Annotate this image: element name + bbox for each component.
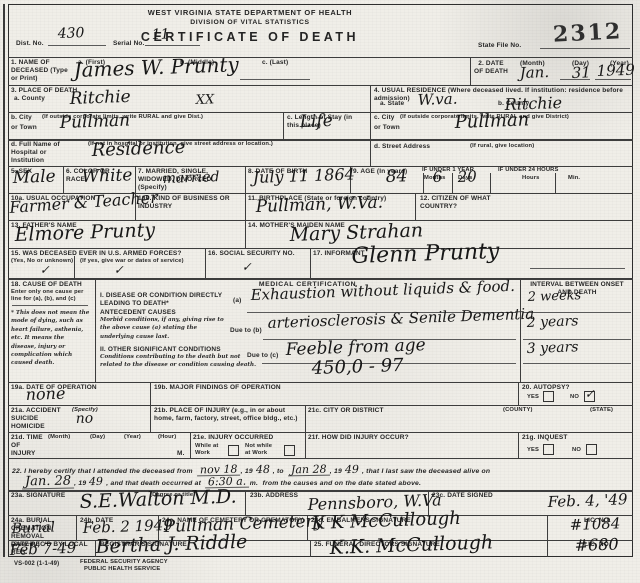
injury-not-while-label: Not while at Work: [245, 443, 279, 457]
ssn-label: 16. SOCIAL SECURITY NO.: [208, 250, 303, 258]
sex-value: Male: [12, 167, 56, 188]
injury-m-label: M.: [177, 450, 185, 458]
residence-state-label: a. State: [380, 100, 404, 108]
divider: [150, 382, 151, 432]
residence-city-value: Pullman: [454, 109, 529, 133]
armed-forces-check1: ✓: [40, 263, 51, 277]
institution-value: Residence: [91, 137, 185, 161]
age-years-value: 84: [385, 166, 407, 187]
street-label: d. Street Address: [374, 143, 430, 151]
institution-label: d. Full Name of Hospital or Institution: [11, 141, 81, 165]
certify-text: m.: [250, 480, 258, 487]
divider: [8, 405, 633, 406]
divider: [8, 248, 633, 249]
divider: [415, 193, 416, 220]
injury-county-label: (COUNTY): [503, 407, 533, 414]
citizen-label: 12. CITIZEN OF WHAT COUNTRY?: [420, 195, 510, 211]
inquest-yes-checkbox: [543, 444, 554, 455]
cause-c-interval-line: [523, 363, 631, 364]
marital-value: married: [162, 169, 219, 187]
operation-findings-label: 19b. MAJOR FINDINGS OF OPERATION: [154, 384, 281, 392]
informant-flourish: [530, 268, 625, 269]
injury-state-label: (STATE): [590, 407, 613, 414]
certify-alive-value: Jan. 28: [22, 475, 74, 490]
divider: [74, 256, 75, 278]
certify-text: , and that death occurred at: [106, 480, 201, 487]
injury-city-label: 21c. CITY OR DISTRICT: [308, 407, 384, 415]
death-year-line: [595, 79, 631, 80]
injury-place-label: 21b. PLACE OF INJURY (e.g., in or about …: [154, 407, 302, 423]
divider: [8, 382, 633, 383]
embalmer-lic-value: #1084: [569, 514, 620, 534]
injury-while-checkbox: [228, 445, 239, 456]
inquest-yes-label: YES: [527, 447, 539, 454]
place-city-prefix: b. City: [11, 114, 32, 122]
state-file-stamp: 2312: [552, 18, 623, 48]
ssn-check: ✓: [242, 260, 253, 274]
armed-forces-label: 15. WAS DECEASED EVER IN U.S. ARMED FORC…: [11, 250, 201, 258]
form-number: VS-002 (1-1-49): [14, 561, 59, 569]
divider: [555, 173, 556, 193]
dist-no-label: Dist. No.: [16, 40, 44, 48]
inquest-no-label: NO: [572, 447, 581, 454]
certify-text: from the causes and on the date stated a…: [263, 480, 422, 487]
antecedent-note: Morbid conditions, if any, giving rise t…: [100, 316, 228, 341]
divider: [547, 540, 548, 557]
service-label: PUBLIC HEALTH SERVICE: [84, 566, 160, 573]
divider: [490, 173, 491, 193]
divider: [283, 112, 284, 139]
age-months-value: 6: [432, 168, 442, 186]
injury-year-label: (Year): [124, 434, 141, 441]
residence-or-town-label: or Town: [374, 124, 400, 132]
autopsy-no-label: NO: [570, 394, 579, 401]
place-county-value: Ritchie: [69, 87, 131, 109]
divider: [8, 432, 633, 433]
race-value: White: [81, 165, 132, 187]
divider: [245, 166, 246, 248]
divider: [370, 85, 371, 166]
injury-time-label: 21d. TIME OF INJURY: [11, 434, 45, 458]
cause-label: 18. CAUSE OF DEATH: [11, 281, 82, 289]
divider: [520, 278, 521, 382]
inquest-no-checkbox: [586, 444, 597, 455]
armed-forces-note2: (If yes, give war or dates of service): [80, 258, 195, 265]
cause-b-interval: 2 years: [526, 313, 578, 331]
autopsy-no-check: ✓: [585, 387, 596, 401]
cause-note: Enter only one cause per line for (a), (…: [11, 289, 89, 303]
armed-forces-check2: ✓: [114, 263, 125, 277]
name-label: 1. NAME OF DECEASED (Type or Print): [11, 59, 73, 83]
age-min-label: Min.: [568, 175, 580, 182]
injury-hour-label: (Hour): [158, 434, 176, 441]
certify-alive-year: 49: [86, 476, 106, 487]
autopsy-yes-label: YES: [527, 394, 539, 401]
place-county-mark: XX: [195, 92, 214, 108]
divider: [310, 248, 311, 278]
birth-date-value: July 11 1864: [252, 164, 355, 187]
residence-state-value: W.va.: [417, 90, 457, 109]
date-of-death-label: 2. DATE OF DEATH: [473, 60, 509, 76]
name-line: [240, 79, 310, 80]
age-hours-label: Hours: [522, 175, 540, 182]
divider: [8, 278, 633, 280]
divider: [190, 432, 191, 458]
death-certificate-scan: WEST VIRGINIA STATE DEPARTMENT OF HEALTH…: [0, 0, 640, 583]
street-note: (If rural, give location): [470, 143, 534, 150]
dist-no-line: [48, 45, 106, 46]
stay-value: Life: [299, 111, 333, 132]
certify-statement-line2: Jan. 28, 1949, and that death occurred a…: [22, 472, 630, 490]
serial-no-line: [145, 45, 200, 46]
divider: [8, 85, 633, 86]
cause-c-interval: 3 years: [526, 339, 578, 357]
date-signed-label: 23c. DATE SIGNED: [432, 492, 493, 500]
cause-a-label: (a): [233, 297, 241, 305]
divider: [452, 173, 453, 193]
divider: [205, 248, 206, 278]
age-under-day-label: IF UNDER 24 HOURS: [498, 167, 559, 174]
injury-while-label: While at Work: [195, 443, 225, 457]
autopsy-yes-checkbox: [543, 391, 554, 402]
physician-signature-label: 23a. SIGNATURE: [11, 492, 65, 500]
divider: [547, 515, 548, 540]
divider: [518, 382, 519, 405]
divider: [76, 515, 77, 540]
other-conditions-value: 450,0 - 97: [311, 355, 404, 379]
place-county-label: a. County: [14, 95, 45, 103]
injury-kind-value: no: [75, 410, 93, 427]
name-last-label: c. (Last): [262, 59, 288, 67]
place-city-value: Pullman: [59, 111, 130, 133]
funeral-lic-value: #680: [574, 534, 619, 555]
informant-value: Glenn Prunty: [351, 239, 500, 269]
death-year-value: 1949: [596, 61, 635, 80]
injury-day-label: (Day): [90, 434, 105, 441]
dist-no-value: 430: [57, 25, 84, 42]
injury-how-label: 21f. HOW DID INJURY OCCUR?: [308, 434, 409, 442]
cause-a-interval: 2 weeks: [527, 288, 581, 305]
certify-text: , 19: [74, 480, 86, 487]
divider: [8, 458, 633, 459]
injury-month-label: (Month): [48, 434, 70, 441]
place-or-town-label: or Town: [11, 124, 37, 132]
department-title: WEST VIRGINIA STATE DEPARTMENT OF HEALTH: [90, 8, 410, 17]
form-border-outer: [3, 4, 5, 557]
serial-no-value: 11: [151, 26, 169, 43]
death-day-line: [560, 79, 590, 80]
inquest-label: 21g. INQUEST: [522, 434, 568, 442]
operation-date-value: none: [25, 384, 65, 404]
place-of-death-label: 3. PLACE OF DEATH: [11, 87, 77, 95]
other-conditions-note: Conditions contributing to the death but…: [100, 353, 260, 370]
divider: [310, 540, 311, 557]
age-days-value: 20: [457, 167, 477, 186]
divider: [470, 57, 471, 85]
divider: [305, 405, 306, 458]
direct-cause-label: I. DISEASE OR CONDITION DIRECTLY LEADING…: [100, 292, 225, 308]
divider: [95, 278, 96, 382]
divider: [245, 490, 246, 515]
divider: [518, 432, 519, 458]
date-received-value: Feb 7-49: [9, 539, 76, 559]
residence-city-prefix: c. City: [374, 114, 395, 122]
death-month-value: Jan.: [519, 63, 549, 82]
divider: [63, 166, 64, 193]
cause-note-divider: [12, 305, 88, 306]
business-label: 10b. KIND OF BUSINESS OR INDUSTRY: [138, 195, 233, 211]
date-signed-value: Feb. 4, '49: [547, 490, 627, 511]
disposal-value: Burial: [11, 519, 55, 537]
injury-kind-label: 21a. ACCIDENT SUICIDE HOMICIDE: [11, 407, 63, 431]
state-file-line: [540, 48, 630, 49]
cause-b-label: Due to (b): [230, 327, 262, 335]
injury-not-while-checkbox: [284, 445, 295, 456]
injury-occurred-label: 21e. INJURY OCCURRED: [193, 434, 273, 442]
physician-address-label: 23b. ADDRESS: [250, 492, 298, 500]
serial-no-label: Serial No.: [113, 40, 144, 48]
cause-footnote: * This does not mean the mode of dying, …: [11, 309, 90, 368]
division-title: DIVISION OF VITAL STATISTICS: [90, 19, 410, 26]
state-file-label: State File No.: [478, 42, 521, 50]
